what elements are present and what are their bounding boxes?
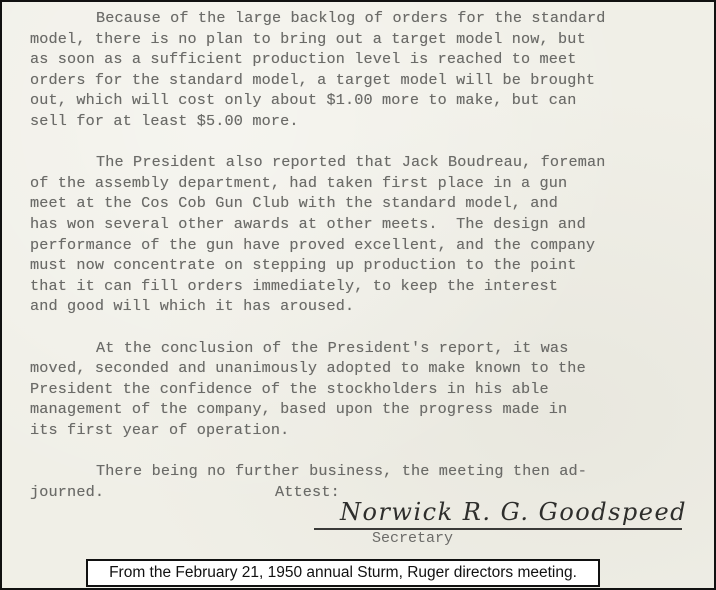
text-line: meet at the Cos Cob Gun Club with the st…	[30, 193, 710, 214]
document-scan: Because of the large backlog of orders f…	[0, 0, 716, 590]
text-line: management of the company, based upon th…	[30, 399, 710, 420]
caption-text: From the February 21, 1950 annual Sturm,…	[109, 564, 577, 582]
text-line: Because of the large backlog of orders f…	[30, 8, 710, 29]
text-line: performance of the gun have proved excel…	[30, 235, 710, 256]
paragraph-boudreau: The President also reported that Jack Bo…	[30, 152, 710, 317]
text-line: model, there is no plan to bring out a t…	[30, 29, 710, 50]
paragraph-adjournment: There being no further business, the mee…	[30, 461, 710, 502]
text-line: sell for at least $5.00 more.	[30, 111, 710, 132]
handwritten-signature: Norwick R. G. Goodspeed	[340, 498, 687, 526]
text-line: must now concentrate on stepping up prod…	[30, 255, 710, 276]
text-line: as soon as a sufficient production level…	[30, 49, 710, 70]
text-line: orders for the standard model, a target …	[30, 70, 710, 91]
paragraph-confidence-motion: At the conclusion of the President's rep…	[30, 338, 710, 441]
text-line: that it can fill orders immediately, to …	[30, 276, 710, 297]
text-line: of the assembly department, had taken fi…	[30, 173, 710, 194]
caption-box: From the February 21, 1950 annual Sturm,…	[86, 559, 600, 587]
paragraph-target-model: Because of the large backlog of orders f…	[30, 8, 710, 132]
attest-label: Attest:	[275, 482, 340, 503]
text-line: President the confidence of the stockhol…	[30, 379, 710, 400]
text-line: moved, seconded and unanimously adopted …	[30, 358, 710, 379]
signature-title: Secretary	[372, 530, 453, 547]
text-line: its first year of operation.	[30, 420, 710, 441]
signature-line	[314, 528, 682, 530]
text-line: has won several other awards at other me…	[30, 214, 710, 235]
text-line: and good will which it has aroused.	[30, 296, 710, 317]
text-line: out, which will cost only about $1.00 mo…	[30, 90, 710, 111]
typed-minutes-page: Because of the large backlog of orders f…	[30, 8, 710, 523]
text-line: At the conclusion of the President's rep…	[30, 338, 710, 359]
text-line: The President also reported that Jack Bo…	[30, 152, 710, 173]
text-line: There being no further business, the mee…	[30, 461, 710, 482]
